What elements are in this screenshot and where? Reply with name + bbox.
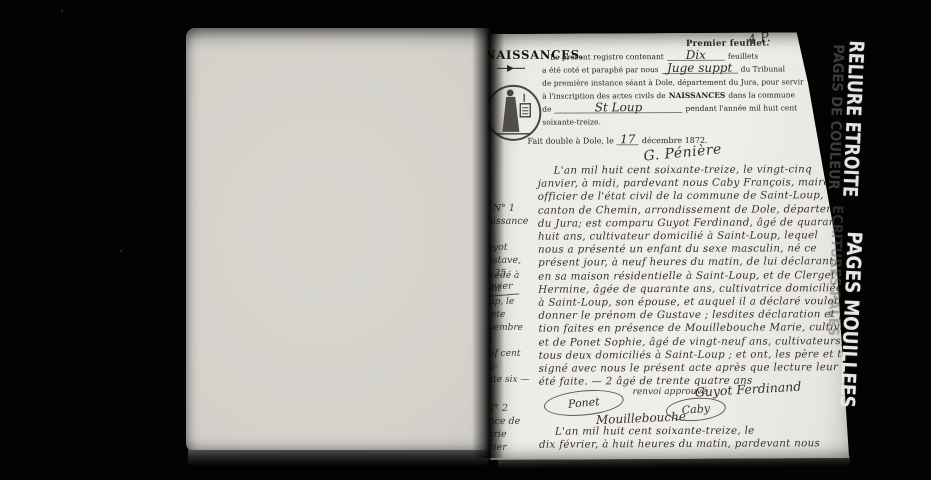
printed-preamble: Le présent registre contenant Dix feuill… xyxy=(542,49,810,128)
act-line: présent jour, à neuf heures du matin, de… xyxy=(538,255,862,270)
printed-text: soixante-treize. xyxy=(542,115,601,128)
preamble-line: de St Loup pendant l'année mil huit cent xyxy=(542,101,810,115)
printed-text: Fait double à Dole, le xyxy=(527,136,613,145)
printed-text: pendant l'année mil huit cent xyxy=(685,101,797,115)
act-line: dix février, à huit heures du matin, par… xyxy=(539,437,820,452)
dust-speck xyxy=(120,250,122,252)
birth-act-text: L'an mil huit cent soixante-treize, le v… xyxy=(538,163,863,389)
handwritten-fill: St Loup xyxy=(554,102,682,114)
printed-text: dans la commune xyxy=(728,88,795,101)
left-blank-page xyxy=(186,28,490,452)
fait-double-line: Fait double à Dole, le 17 décembre 1872. xyxy=(527,134,707,146)
act-line: officier de l'état civil de la commune d… xyxy=(538,189,862,204)
act-line: tion faites en présence de Mouillebouche… xyxy=(538,321,862,336)
book-gutter xyxy=(472,26,504,458)
dust-speck xyxy=(61,10,63,12)
book-page-block-edge xyxy=(188,450,489,467)
printed-text: Le présent registre contenant xyxy=(550,50,664,64)
microfilm-scan: NAISSANCES. Premier feuillet. 4 P. Le pr… xyxy=(0,0,931,480)
register-page: NAISSANCES. Premier feuillet. 4 P. Le pr… xyxy=(488,32,862,460)
signature-text: Ponet xyxy=(567,395,600,411)
preamble-line: soixante-treize. xyxy=(542,114,810,128)
handwritten-fill: Juge suppt xyxy=(662,63,738,74)
next-act-opening: L'an mil huit cent soixante-treize, le d… xyxy=(539,424,820,452)
act-line: signé avec nous le présent acte après qu… xyxy=(539,361,863,376)
printed-text: a été coté et paraphé par nous xyxy=(542,63,659,77)
handwritten-fill: Dix xyxy=(667,50,725,61)
printed-text: feuillets xyxy=(728,50,759,63)
printed-text-bold: NAISSANCES xyxy=(669,89,726,102)
printed-text: de xyxy=(542,103,551,116)
printed-text: du Tribunal xyxy=(741,62,785,75)
handwritten-fill: 17 xyxy=(617,134,639,145)
